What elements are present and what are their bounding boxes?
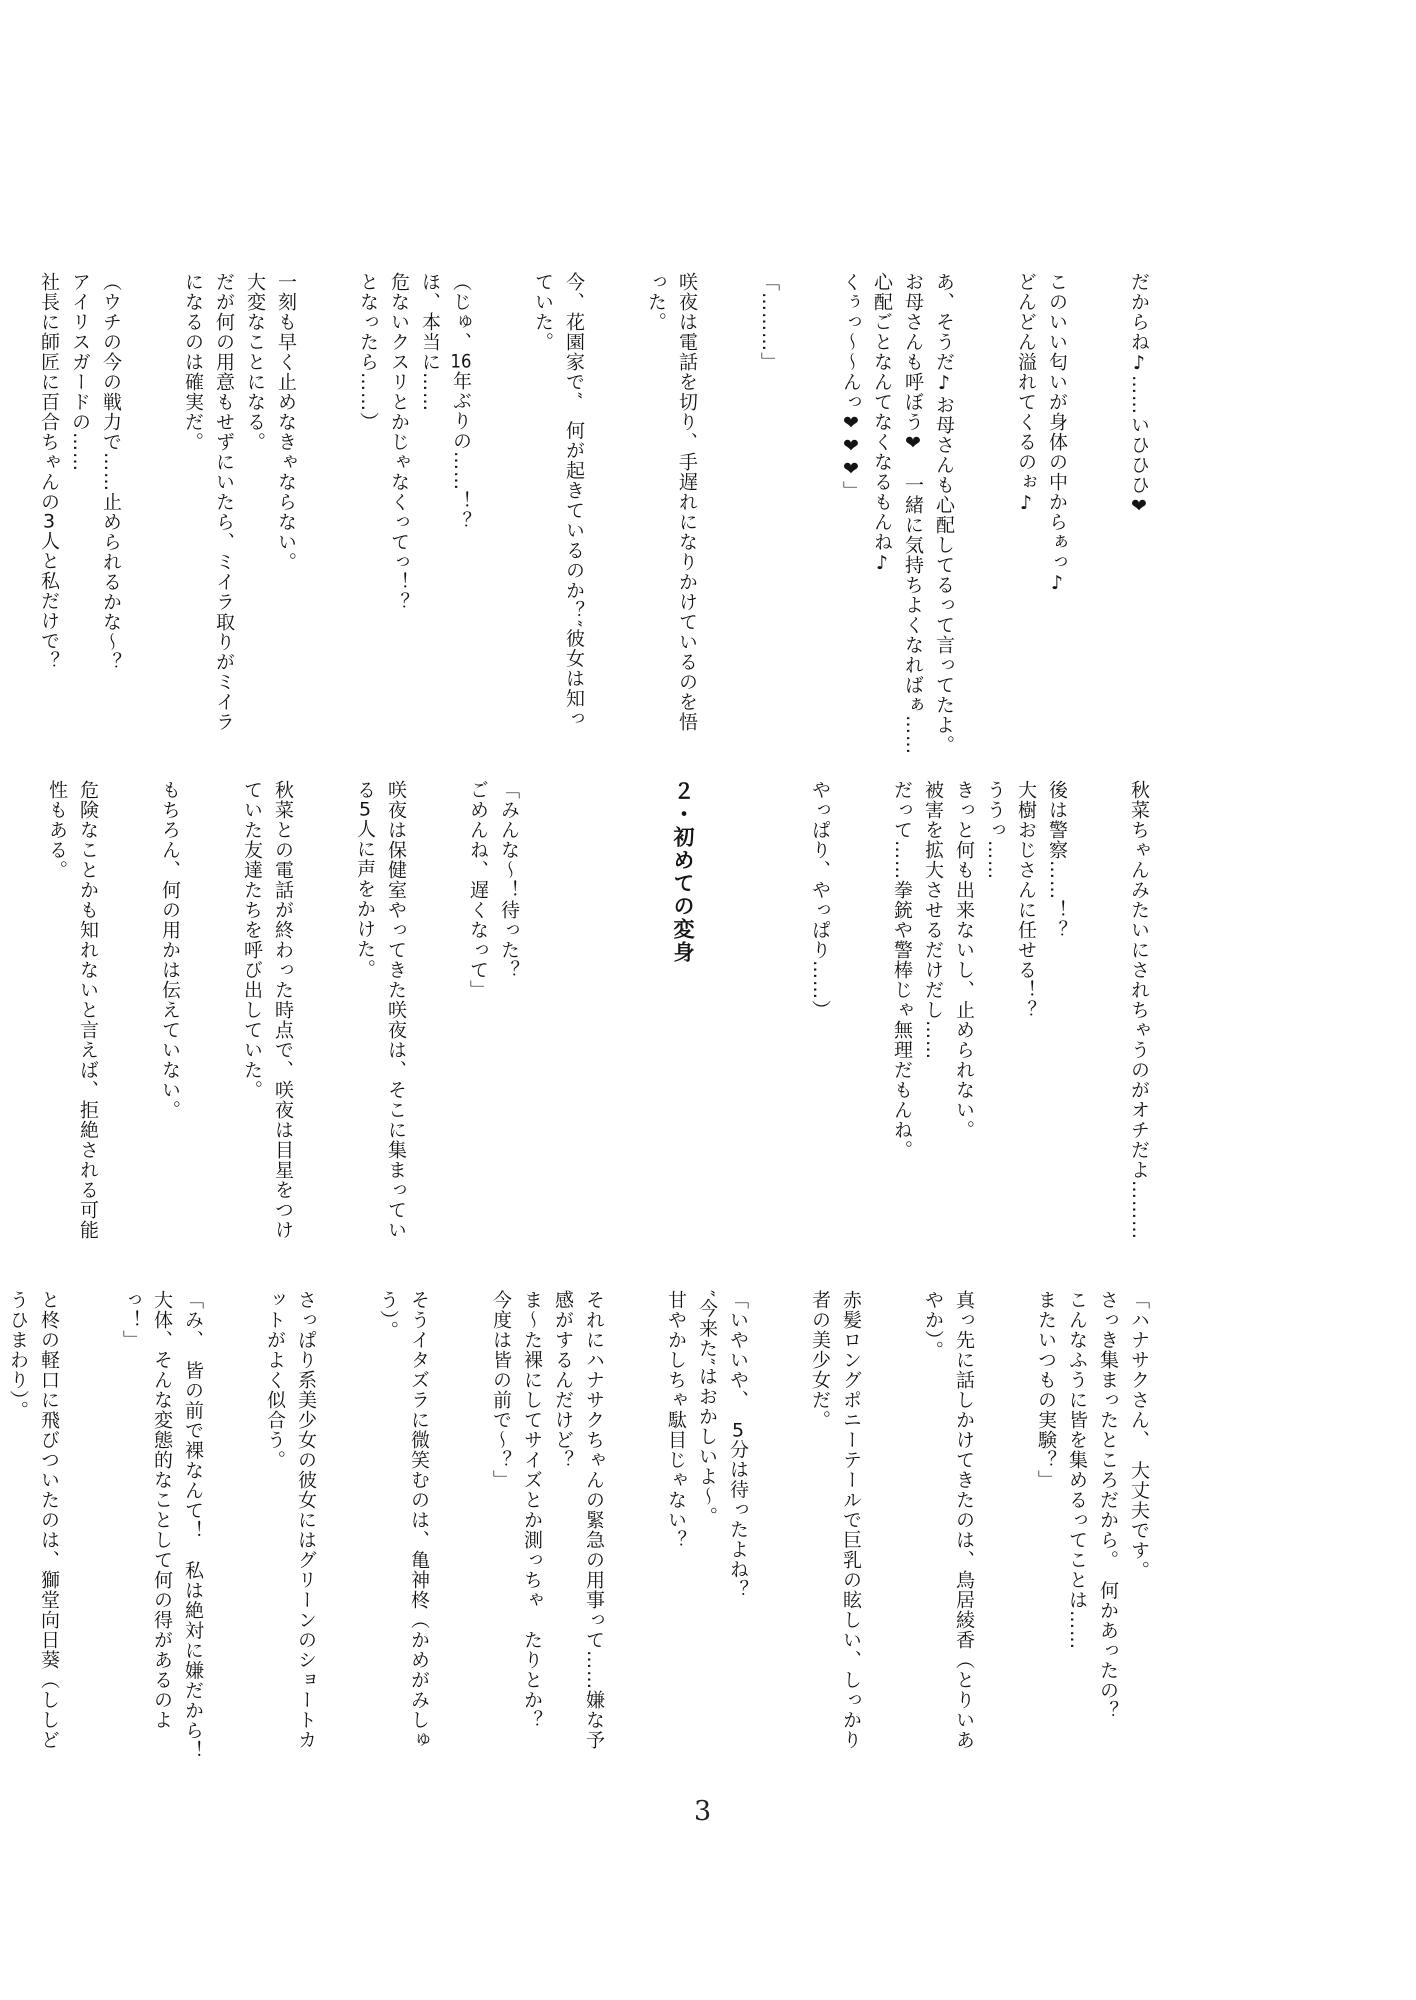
paragraph: 「み、 皆の前で裸なんて！ 私は絶対に嫌だから！ 大体、そんな変態的なことして何… bbox=[115, 1290, 208, 1778]
paragraph: （ウチの今の戦力で……止められるかな～？ アイリスガードの…… 社長に師匠に百合… bbox=[33, 272, 126, 764]
text-band-bottom: 「ハナサクさん、 大丈夫です。 さっき集まったところだから。 何かあったの？ こ… bbox=[0, 1290, 1185, 1778]
paragraph: 秋菜との電話が終わった時点で、咲夜は目星をつけ ていた友達たちを呼び出していた。 bbox=[236, 780, 298, 1268]
paragraph: 「いやいや、 5分は待ったよね？ ″今来た″はおかしいよ～。 甘やかしちゃ駄目じ… bbox=[660, 1290, 753, 1778]
scanned-novel-page: だからね♪……いひひひ❤ このいい匂いが身体の中からぁっ♪ どんどん溢れてくるの… bbox=[0, 0, 1416, 2000]
paragraph: やっぱり、やっぱり……） bbox=[804, 780, 835, 1268]
paragraph: と柊の軽口に飛びついたのは、獅堂向日葵（ししど うひまわり）。 bbox=[2, 1290, 64, 1778]
page-number: 3 bbox=[694, 1796, 711, 1827]
paragraph: 秋菜ちゃんみたいにされちゃうのがオチだよ……… bbox=[1123, 780, 1154, 1268]
paragraph: 赤髪ロングポニーテールで巨乳の眩しい、しっかり 者の美少女だ。 bbox=[804, 1290, 866, 1778]
paragraph: 今、花園家で″ 何が起きているのか？″彼女は知っ ていた。 bbox=[527, 272, 589, 764]
paragraph: そうイタズラに微笑むのは、亀神柊（かめがみしゅ う）。 bbox=[372, 1290, 434, 1778]
paragraph: それにハナサクちゃんの緊急の用事って……嫌な予 感がするんだけど？ ま～た裸にし… bbox=[485, 1290, 609, 1778]
paragraph: あ、そうだ♪お母さんも心配してるって言ってたよ。 お母さんも呼ぼう❤ 一緒に気持… bbox=[835, 272, 959, 764]
paragraph: 一刻も早く止めなきゃならない。 大変なことになる。 だが何の用意もせずにいたら、… bbox=[177, 272, 301, 764]
paragraph: （じゅ、16年ぶりの……！？ ほ、本当に…… 危ないクスリとかじゃなくってっ！？… bbox=[352, 272, 476, 764]
paragraph: 「ハナサクさん、 大丈夫です。 さっき集まったところだから。 何かあったの？ こ… bbox=[1030, 1290, 1154, 1778]
paragraph: だからね♪……いひひひ❤ bbox=[1123, 272, 1154, 764]
paragraph: 危険なことかも知れないと言えば、拒絶される可能 性もある。 bbox=[41, 780, 103, 1268]
text-band-middle: 秋菜ちゃんみたいにされちゃうのがオチだよ……… 後は警察……！？ 大樹おじさんに… bbox=[0, 780, 1185, 1268]
paragraph: 咲夜は電話を切り、手遅れになりかけているのを悟 った。 bbox=[640, 272, 702, 764]
paragraph: 「………」 bbox=[753, 272, 784, 764]
paragraph: このいい匂いが身体の中からぁっ♪ どんどん溢れてくるのぉ♪ bbox=[1010, 272, 1072, 764]
paragraph: 咲夜は保健室やってきた咲夜は、そこに集まってい る5人に声をかけた。 bbox=[349, 780, 411, 1268]
paragraph: もちろん、何の用かは伝えていない。 bbox=[154, 780, 185, 1268]
paragraph: さっぱり系美少女の彼女にはグリーンのショートカ ットがよく似合う。 bbox=[259, 1290, 321, 1778]
paragraph: 真っ先に話しかけてきたのは、鳥居綾香（とりいあ やか）。 bbox=[917, 1290, 979, 1778]
paragraph: 後は警察……！？ 大樹おじさんに任せる！？ ううっ…… きっと何も出来ないし、止… bbox=[886, 780, 1072, 1268]
section-heading: ２・初めての変身 bbox=[667, 780, 698, 1268]
text-band-top: だからね♪……いひひひ❤ このいい匂いが身体の中からぁっ♪ どんどん溢れてくるの… bbox=[0, 272, 1185, 764]
paragraph: 「みんな～！待った？ ごめんね、遅くなって」 bbox=[462, 780, 524, 1268]
